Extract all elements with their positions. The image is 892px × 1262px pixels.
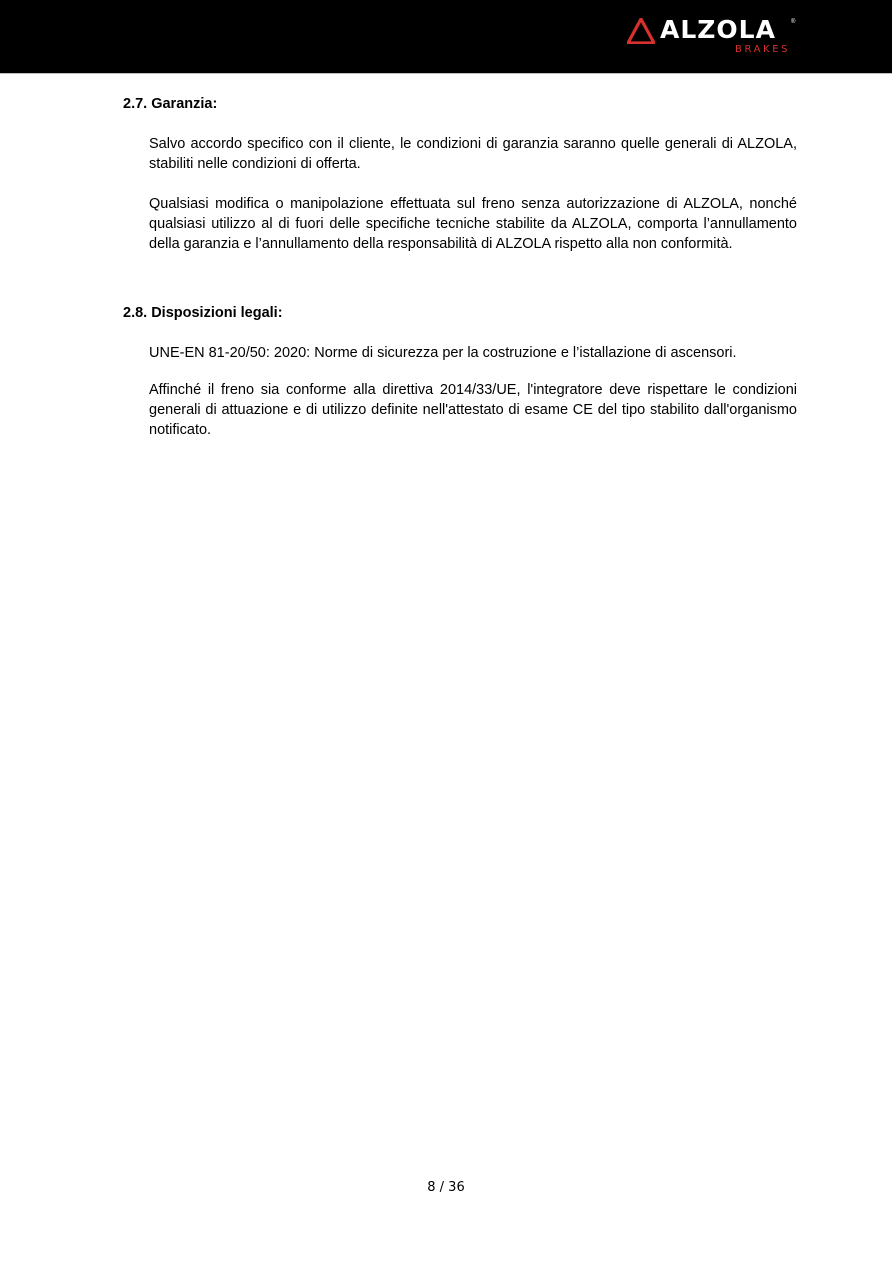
page-header: ALZOLA ® BRAKES (0, 0, 892, 74)
section-heading-disposizioni-legali: 2.8. Disposizioni legali: (123, 303, 283, 323)
section-heading-garanzia: 2.7. Garanzia: (123, 94, 217, 114)
logo-wordmark: ALZOLA (660, 15, 776, 45)
logo-subtitle: BRAKES (735, 44, 790, 56)
registered-mark: ® (791, 19, 795, 25)
page-number: 8 / 36 (0, 1180, 892, 1195)
paragraph: Qualsiasi modifica o manipolazione effet… (149, 194, 797, 254)
alzola-logo: ALZOLA ® BRAKES (627, 18, 799, 58)
triangle-logo-icon (627, 18, 655, 44)
paragraph: Affinché il freno sia conforme alla dire… (149, 380, 797, 440)
paragraph: UNE-EN 81-20/50: 2020: Norme di sicurezz… (149, 343, 797, 363)
paragraph: Salvo accordo specifico con il cliente, … (149, 134, 797, 174)
